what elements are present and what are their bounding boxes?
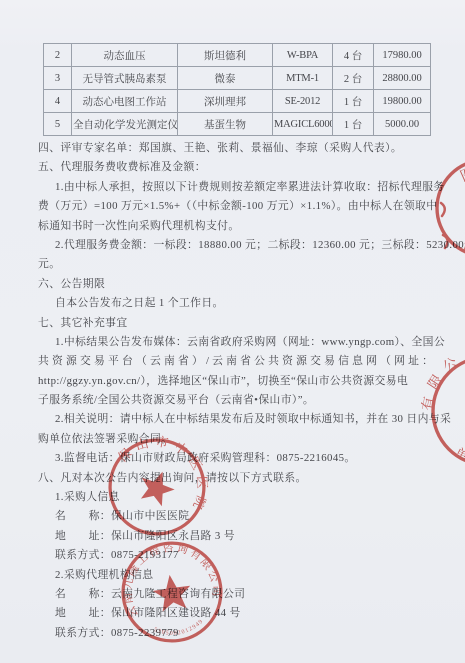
doc-line: 标通知书时一次性向采购代理机构支付。 [38,217,432,236]
cell-model: MAGICL6000 [273,113,333,136]
doc-line: 名 称：云南九隆工程咨询有限公司 [38,585,432,604]
doc-line: http://ggzy.yn.gov.cn/），选择地区“保山市”，切换至“保山… [38,372,432,391]
cell-price: 19800.00 [374,90,431,113]
table-row: 2 动态血压 斯坦德利 W-BPA 4 台 17980.00 [44,44,431,67]
doc-line: 费（万元）=100 万元×1.5%+（（中标金额-100 万元）×1.1%）。由… [38,197,432,216]
doc-line: 自本公告发布之日起 1 个工作日。 [38,294,432,313]
doc-line: 1.中标结果公告发布媒体：云南省政府采购网（网址：www.yngp.com）、全… [38,333,432,352]
cell-model: W-BPA [273,44,333,67]
items-table: 2 动态血压 斯坦德利 W-BPA 4 台 17980.00 3 无导管式胰岛素… [43,43,431,136]
doc-line: 2.相关说明：请中标人在中标结果发布后及时领取中标通知书，并在 30 日内与采 [38,410,432,429]
doc-line: 联系方式：0875-2193177 [38,546,432,565]
svg-text:单位: 单位 [453,444,465,468]
doc-line: 1.采购人信息 [38,488,432,507]
cell-price: 5000.00 [374,113,431,136]
cell-name: 全自动化学发光测定仪 [72,113,178,136]
doc-line: 购单位依法签署采购合同。 [38,430,432,449]
cell-no: 3 [44,67,72,90]
doc-line: 名 称：保山市中医医院 [38,507,432,526]
table-row: 4 动态心电图工作站 深圳理邦 SE-2012 1 台 19800.00 [44,90,431,113]
cell-brand: 微泰 [178,67,273,90]
cell-model: SE-2012 [273,90,333,113]
doc-line: 五、代理服务费收费标准及金额： [38,158,432,177]
cell-no: 4 [44,90,72,113]
doc-line: 地 址：保山市隆阳区建设路 44 号 [38,604,432,623]
doc-line: 2.代理服务费金额：一标段：18880.00 元；二标段：12360.00 元；… [38,236,432,255]
doc-line: 四、评审专家名单：郑国旗、王艳、张莉、景福仙、李琼（采购人代表）。 [38,139,432,158]
cell-brand: 斯坦德利 [178,44,273,67]
cell-model: MTM-1 [273,67,333,90]
doc-line: 共资源交易平台（云南省）/云南省公共资源交易信息网（网址： [38,352,432,371]
doc-line: 子服务系统/全国公共资源交易平台（云南省•保山市）”。 [38,391,432,410]
doc-line: 2.采购代理机构信息 [38,566,432,585]
cell-price: 28800.00 [374,67,431,90]
edge-seal-mid-bottom-text: 单位 [453,444,465,468]
doc-line: 元。 [38,255,432,274]
cell-name: 动态心电图工作站 [72,90,178,113]
cell-qty: 1 台 [333,90,374,113]
doc-line: 地 址：保山市隆阳区永昌路 3 号 [38,527,432,546]
cell-brand: 深圳理邦 [178,90,273,113]
cell-brand: 基蛋生物 [178,113,273,136]
document-page: 2 动态血压 斯坦德利 W-BPA 4 台 17980.00 3 无导管式胰岛素… [0,0,465,663]
cell-no: 5 [44,113,72,136]
cell-qty: 4 台 [333,44,374,67]
edge-seal-top-char-a: 医 [458,164,465,186]
doc-line: 六、公告期限 [38,275,432,294]
cell-no: 2 [44,44,72,67]
cell-qty: 1 台 [333,113,374,136]
cell-qty: 2 台 [333,67,374,90]
doc-line: 联系方式：0875-2239779 [38,624,432,643]
doc-line: 3.监督电话：保山市财政局政府采购管理科：0875-2216045。 [38,449,432,468]
cell-price: 17980.00 [374,44,431,67]
table-row: 5 全自动化学发光测定仪 基蛋生物 MAGICL6000 1 台 5000.00 [44,113,431,136]
table-row: 3 无导管式胰岛素泵 微泰 MTM-1 2 台 28800.00 [44,67,431,90]
doc-line: 七、其它补充事宜 [38,314,432,333]
doc-line: 八、凡对本次公告内容提出询问，请按以下方式联系。 [38,469,432,488]
document-body: 四、评审专家名单：郑国旗、王艳、张莉、景福仙、李琼（采购人代表）。 五、代理服务… [38,139,432,643]
cell-name: 动态血压 [72,44,178,67]
cell-name: 无导管式胰岛素泵 [72,67,178,90]
doc-line: 1.由中标人承担，按照以下计费规则按差额定率累进法计算收取：招标代理服务 [38,178,432,197]
